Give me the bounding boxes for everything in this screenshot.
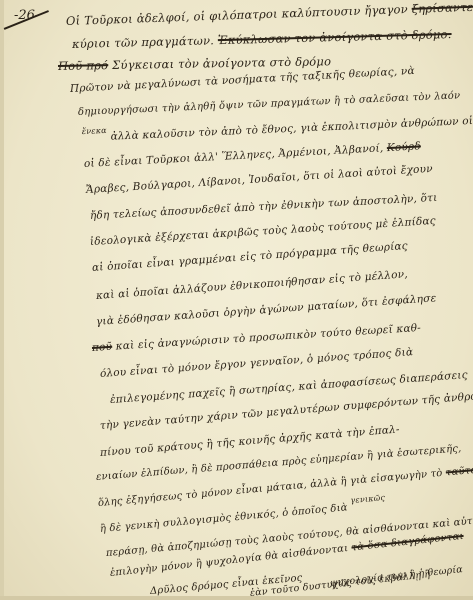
manuscript-line: Ἄραβες, Βούλγαροι, Λίβανοι, Ἰουδαῖοι, ὅτ… bbox=[86, 163, 433, 196]
superscript-insertion: ἕνεκα bbox=[82, 126, 107, 136]
manuscript-line: ἕνεκα ἀλλὰ καλοῦσιν τὸν ἀπὸ τὸ ἔθνος, γι… bbox=[82, 113, 473, 144]
manuscript-line: κύριοι τῶν πραγμάτων. Ἐκύκλωσαν τον ἀνοί… bbox=[72, 27, 452, 51]
line-text: οἱ δὲ εἶναι Τοῦρκοι ἀλλ' Ἕλληνες, Ἀρμένι… bbox=[84, 142, 384, 170]
line-text: Οἱ Τοῦρκοι ἀδελφοί, οἱ φιλόπατροι καλύπτ… bbox=[66, 2, 408, 28]
manuscript-line: όλου εἶναι τὸ μόνον ἔργον γενναῖον, ὁ μό… bbox=[100, 346, 414, 380]
manuscript-line: Ποῦ πρό Σύγκεισαι τὸν ἀνοίγοντα στὸ δρόμ… bbox=[58, 54, 331, 73]
manuscript-page: -26- Οἱ Τοῦρκοι ἀδελφοί, οἱ φιλόπατροι κ… bbox=[0, 0, 473, 600]
manuscript-line: δημιουργήσωσι τὴν ἀληθῆ ὄψιν τῶν πραγμάτ… bbox=[78, 90, 461, 118]
line-text: Σύγκεισαι τὸν ἀνοίγοντα στὸ δρόμο bbox=[112, 54, 331, 72]
line-text: κύριοι τῶν πραγμάτων. bbox=[72, 33, 214, 51]
struck-text: ποῦ bbox=[92, 341, 113, 354]
page-bottom-edge bbox=[0, 596, 473, 600]
manuscript-line: αἱ ὁποῖαι εἶναι γραμμέναι εἰς τὸ πρόγραμ… bbox=[92, 240, 409, 274]
manuscript-line: ψυχολογία των ἢ ἡ θεωρία bbox=[329, 564, 463, 589]
manuscript-line: Οἱ Τοῦρκοι ἀδελφοί, οἱ φιλόπατροι καλύπτ… bbox=[66, 0, 473, 28]
page-left-edge bbox=[0, 0, 4, 600]
struck-text: ταῦτα bbox=[445, 465, 473, 479]
struck-text: Ποῦ πρό bbox=[58, 58, 108, 73]
struck-text: Κούρδ bbox=[387, 140, 422, 154]
struck-text: ξηρίσαντες bbox=[411, 0, 473, 16]
struck-text: Ἐκύκλωσαν τον ἀνοίγοντα στὸ δρόμο. bbox=[218, 27, 452, 47]
line-text: ἀλλὰ καλοῦσιν τὸν ἀπὸ τὸ ἔθνος, γιὰ ἐκπο… bbox=[110, 113, 473, 143]
superscript-insertion: γενικῶς bbox=[350, 493, 385, 505]
